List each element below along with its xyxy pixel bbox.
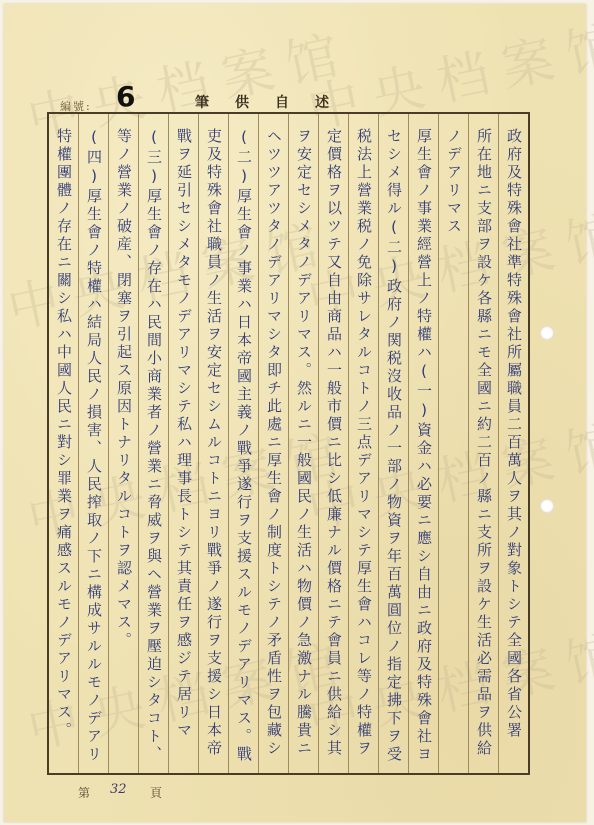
text-column: 所在地ニ支部ヲ設ケ各縣ニモ全國ニ約二百ノ縣ニ支所ヲ設ケ生活必需品ヲ供給シタ — [468, 114, 498, 773]
text-column: (三)厚生會ノ存在ハ民間小商業者ノ營業ニ脅威ヲ與ヘ營業ヲ壓迫シタコト、又引イテコ… — [138, 114, 168, 773]
text-column: 等ノ營業ノ破産、閉塞ヲ引起ス原因トナリタルコトヲ認メマス。 — [108, 114, 138, 773]
text-column: 戰ヲ延引セシメタモノデアリマシテ私ハ理事長トシテ其責任ヲ感ジテ居リマス。 — [168, 114, 198, 773]
punch-hole — [540, 499, 554, 513]
document-number: 6 — [116, 80, 135, 113]
text-column: (二)厚生會ノ事業ハ日本帝國主義ノ戰爭遂行ヲ支援スルモノデアリマス。戰爭實行者タ… — [228, 114, 258, 773]
text-column: 特權團體ノ存在ニ關シ私ハ中國人民ニ對シ罪業ヲ痛感スルモノデアリマス。 — [49, 114, 78, 773]
text-column: セシメ得ル(二)政府ノ関税沒收品ノ一部ノ物資ヲ年百萬圓位ノ指定拂下ヲ受ケタルコト… — [378, 114, 408, 773]
page-suffix: 頁 — [150, 784, 162, 801]
text-column: 税法上營業税ノ免除サレタルコトノ三点デアリマシテ厚生會ハコレ等ノ特權ヲ利用シテハ — [348, 114, 378, 773]
title-char: 述 — [315, 92, 329, 112]
title-char: 供 — [235, 92, 249, 112]
text-column: 政府及特殊會社準特殊會社所屬職員二百萬人ヲ其ノ對象トシテ全國各省公署 — [498, 114, 528, 773]
page-prefix: 第 — [78, 784, 90, 801]
text-column: ヲ安定セシメタノデアリマス。然ルニ一般國民ノ生活ハ物價ノ急激ナル騰貴ニヨリ窮乏ト… — [288, 114, 318, 773]
text-column: ヘツツアツタノデアリマシタ即チ此處ニ厚生會ノ制度トシテノ矛盾性ヲ包藏シテ居ルノデ… — [258, 114, 288, 773]
title-char: 筆 — [195, 92, 209, 112]
manuscript-grid: 政府及特殊會社準特殊會社所屬職員二百萬人ヲ其ノ對象トシテ全國各省公署 所在地ニ支… — [47, 112, 530, 775]
text-column: 定價格ヲ以ツテ又自由商品ハ一般市價ニ比シ低廉ナル價格ニテ會員ニ供給シ其ノ生活 — [318, 114, 348, 773]
page-number: 32 — [110, 782, 127, 797]
punch-hole — [540, 326, 554, 340]
title-char: 自 — [275, 92, 289, 112]
text-column: (四)厚生會ノ特權ハ結局人民ノ損害、人民搾取ノ下ニ構成サルルモノデアリマシテ此ノ… — [78, 114, 108, 773]
text-column: ノデアリマス — [438, 114, 468, 773]
text-column: 厚生會ノ事業經營上ノ特權ハ(一)資金ハ必要ニ應シ自由ニ政府及特殊會社ヨリ出資 — [408, 114, 438, 773]
form-title: 筆 供 自 述 — [195, 92, 329, 112]
text-column: 吏及特殊會社職員ノ生活ヲ安定セシムルコトニヨリ戰爭ノ遂行ヲ支援シ日本帝國主義ノ敗 — [198, 114, 228, 773]
